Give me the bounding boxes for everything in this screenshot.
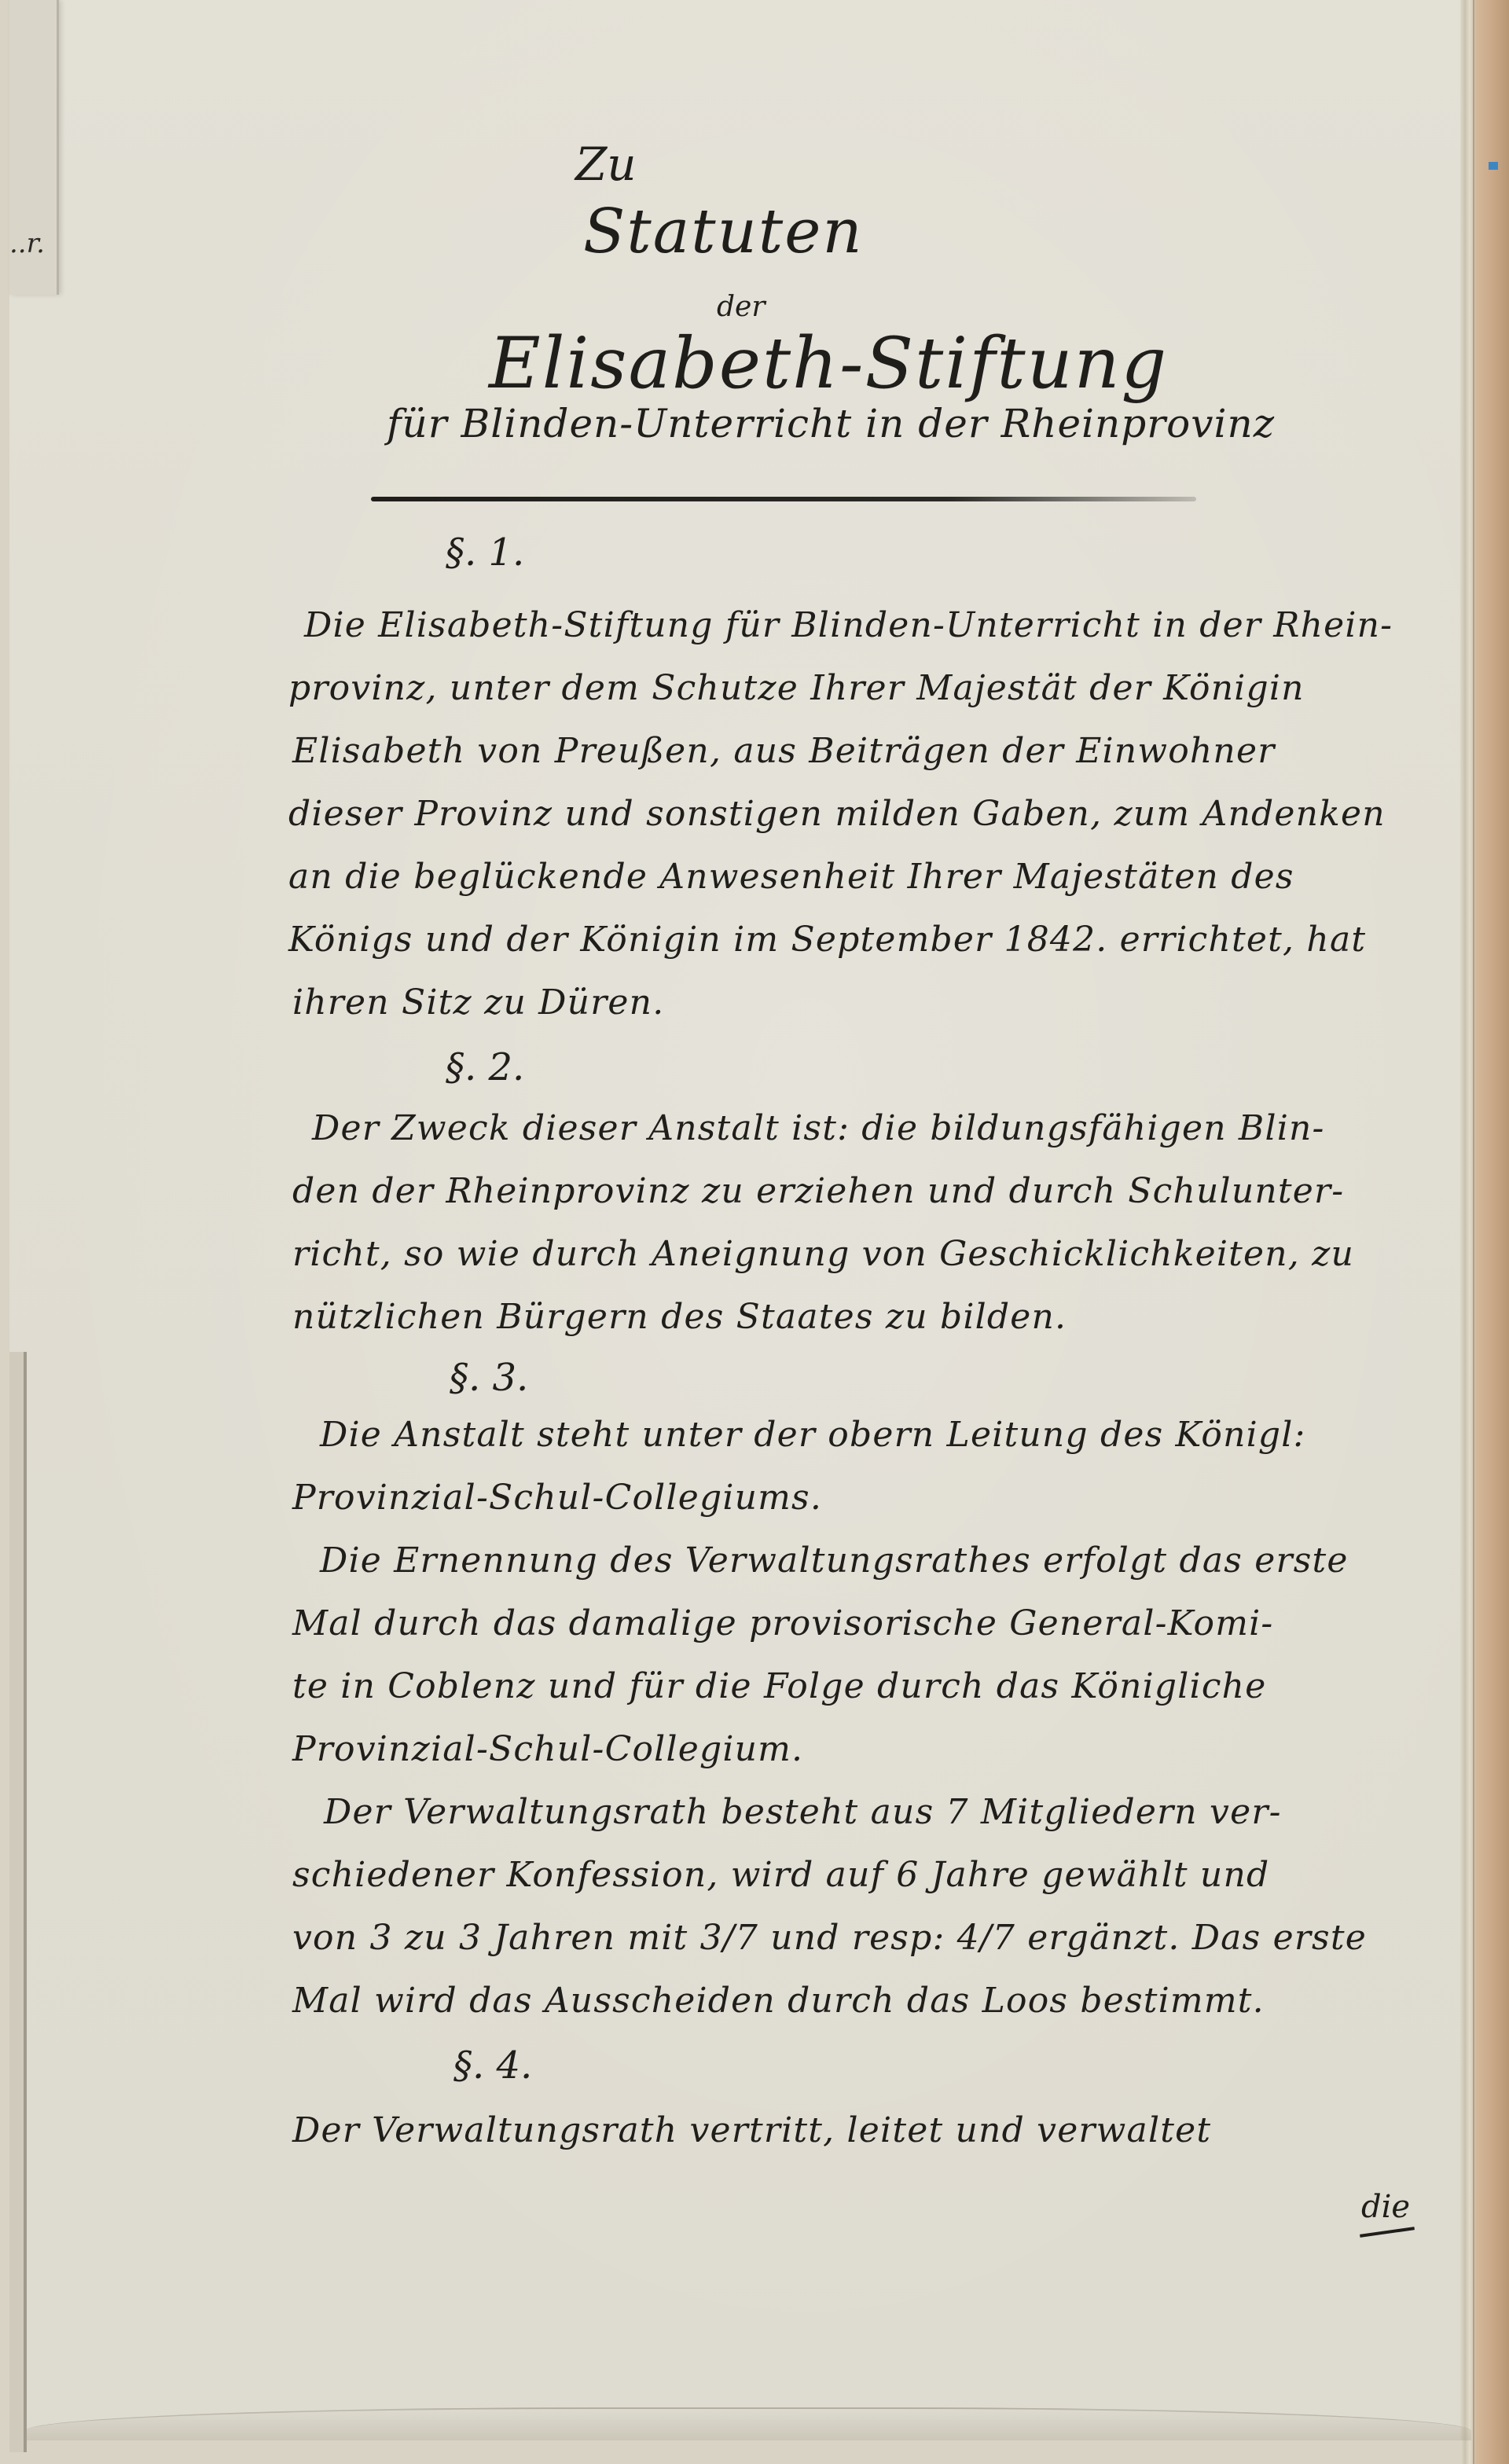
section-1-line: ihren Sitz zu Düren.: [292, 982, 664, 1023]
section-3-line: Provinzial-Schul-Collegiums.: [292, 1478, 822, 1518]
section-mark-1: §. 1.: [446, 531, 524, 575]
title-prefix: Zu: [575, 138, 637, 191]
section-3-line: Provinzial-Schul-Collegium.: [292, 1729, 803, 1769]
title-der: der: [717, 291, 766, 323]
section-2-line: Der Zweck dieser Anstalt ist: die bildun…: [312, 1108, 1325, 1148]
title-subtitle: für Blinden-Unterricht in der Rheinprovi…: [387, 401, 1275, 446]
section-mark-3: §. 3.: [450, 1356, 528, 1400]
section-2-line: nützlichen Bürgern des Staates zu bilden…: [292, 1297, 1067, 1337]
section-3-line: schiedener Konfession, wird auf 6 Jahre …: [292, 1855, 1269, 1895]
section-3-line: Mal durch das damalige provisorische Gen…: [292, 1603, 1274, 1643]
section-4-line: Der Verwaltungsrath vertritt, leitet und…: [292, 2110, 1211, 2150]
manuscript-page: ..r. Zu Statuten der Elisabeth-Stiftung …: [9, 0, 1460, 2440]
title-divider-rule: [371, 497, 1196, 501]
title-foundation-name: Elisabeth-Stiftung: [489, 322, 1168, 405]
section-1-line: provinz, unter dem Schutze Ihrer Majestä…: [288, 668, 1305, 708]
section-3-line: Mal wird das Ausscheiden durch das Loos …: [292, 1981, 1265, 2021]
title-statuten: Statuten: [583, 196, 864, 267]
blue-tab-mark: [1489, 162, 1498, 170]
section-3-line: Der Verwaltungsrath besteht aus 7 Mitgli…: [324, 1792, 1282, 1832]
section-1-line: Die Elisabeth-Stiftung für Blinden-Unter…: [304, 605, 1393, 645]
catchword-underline: [1360, 2227, 1415, 2238]
section-3-line: Die Anstalt steht unter der obern Leitun…: [320, 1415, 1306, 1455]
section-3-line: von 3 zu 3 Jahren mit 3/7 und resp: 4/7 …: [292, 1918, 1367, 1958]
section-2-line: richt, so wie durch Aneignung von Geschi…: [292, 1234, 1354, 1274]
section-3-line: te in Coblenz und für die Folge durch da…: [292, 1666, 1266, 1706]
section-2-line: den der Rheinprovinz zu erziehen und dur…: [292, 1171, 1344, 1211]
binding-strip-lower: [9, 1352, 27, 2452]
section-1-line: Königs und der Königin im September 1842…: [288, 920, 1366, 960]
section-3-line: Die Ernennung des Verwaltungsrathes erfo…: [320, 1540, 1349, 1581]
section-mark-4: §. 4.: [453, 2044, 532, 2088]
binding-strip: ..r.: [9, 0, 59, 295]
section-1-line: dieser Provinz und sonstigen milden Gabe…: [288, 794, 1386, 834]
catchword: die: [1361, 2189, 1410, 2225]
page-edge-stack: [1460, 0, 1509, 2464]
section-1-line: an die beglückende Anwesenheit Ihrer Maj…: [288, 857, 1294, 897]
bottom-page-fold: [25, 2407, 1471, 2440]
section-mark-2: §. 2.: [446, 1045, 524, 1089]
section-1-line: Elisabeth von Preußen, aus Beiträgen der…: [292, 731, 1275, 771]
page-edge-line: [1473, 0, 1474, 2464]
margin-note: ..r.: [9, 228, 45, 259]
